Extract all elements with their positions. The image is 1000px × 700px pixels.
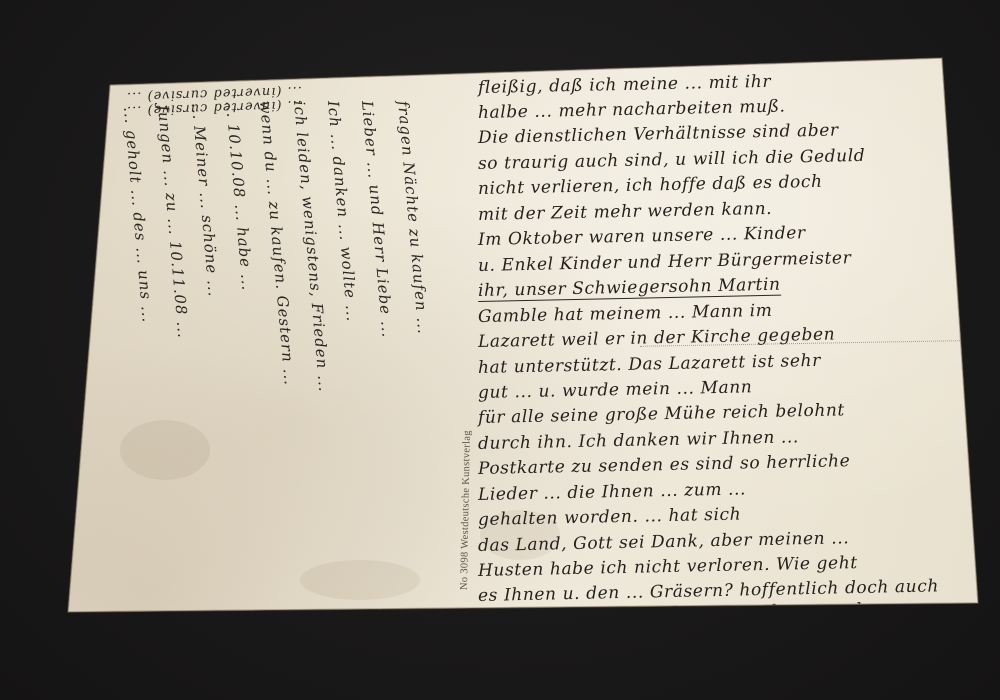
handwriting-line: u. Enkel Kinder und Herr Bürgermeister [478, 248, 852, 276]
handwriting-line: gut ... u. wurde mein ... Mann [478, 377, 753, 403]
handwriting-line: mit der Zeit mehr werden kann. [478, 199, 773, 225]
handwriting-line: für alle seine große Mühe reich belohnt [478, 400, 845, 428]
handwriting-line: ihr, unser Schwiegersohn Martin [478, 275, 781, 302]
publisher-imprint: No 3098 Westdeutsche Kunstverlag [459, 430, 473, 590]
handwriting-line: Postkarte zu senden es sind so herrliche [478, 451, 851, 479]
handwriting-line: durch ihn. Ich danken wir Ihnen ... [478, 427, 799, 454]
handwriting-line: Lieder ... die Ihnen ... zum ... [478, 479, 747, 505]
handwriting-line: das Land, Gott sei Dank, aber meinen ... [478, 528, 850, 556]
handwriting-line: fragen Nächte zu kaufen ... [394, 100, 432, 335]
handwriting-line: halbe ... mehr nacharbeiten muß. [478, 97, 786, 123]
handwriting-line: Im Oktober waren unsere ... Kinder [478, 223, 806, 250]
handwriting-line: fleißig, daß ich meine ... mit ihr [478, 72, 772, 98]
handwriting-line: Husten habe ich nicht verloren. Wie geht [478, 553, 858, 581]
handwriting-line: nicht verlieren, ich hoffe daß es doch [478, 172, 823, 199]
handwriting-line: ... Meiner ... schöne ... [188, 102, 223, 298]
handwriting-line: Lazarett weil er in der Kirche gegeben [478, 325, 836, 352]
right-handwriting-block: fleißig, daß ich meine ... mit ihr halbe… [478, 68, 978, 608]
handwriting-line: Lieber ... und Herr Liebe ... [358, 100, 397, 339]
handwriting-line: es Ihnen u. den ... Gräsern? hoffentlich… [478, 576, 939, 606]
left-handwriting-block: ... geholt ... des ... uns ... Jungen ..… [120, 100, 450, 600]
handwriting-line: Ich ... danken ... wollte ... [324, 100, 361, 323]
handwriting-line: wenn du ... zu kaufen. Gestern ... [256, 100, 299, 386]
handwriting-line: ... geholt ... des ... uns ... [120, 106, 157, 324]
handwriting-line: so traurig auch sind, u will ich die Ged… [478, 146, 866, 174]
handwriting-line: hat unterstützt. Das Lazarett ist sehr [478, 351, 821, 378]
handwriting-line: gehalten worden. ... hat sich [478, 504, 742, 530]
handwriting-line: ... 10.10.08 ... habe ... [222, 100, 257, 292]
handwriting-line: Die dienstlichen Verhältnisse sind aber [478, 120, 839, 148]
handwriting-line: Gamble hat meinem ... Mann im [478, 301, 773, 327]
handwriting-line: Jungen ... zu ... 10.11.08 ... [154, 104, 192, 339]
postcard: ... (inverted cursive) ... ... (inverted… [0, 0, 1000, 700]
